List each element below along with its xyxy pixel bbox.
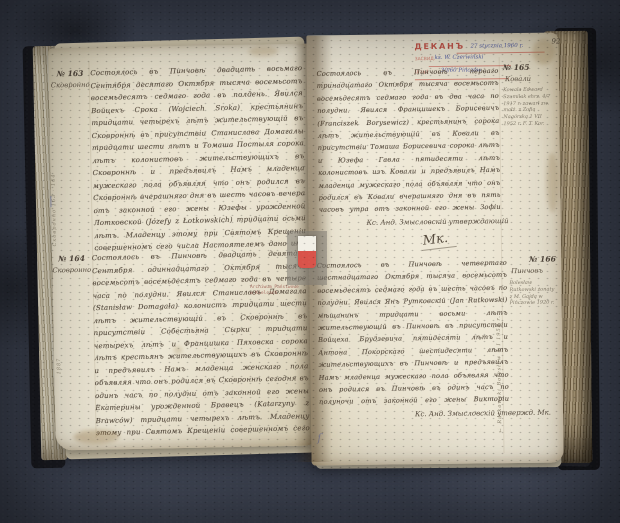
entry-number: № 164 xyxy=(58,254,85,264)
pencil-cross-reference: Bolesław Rutkowski żonaty z M. Gajdą w P… xyxy=(509,280,558,373)
flag-red-half xyxy=(298,251,316,268)
white-red-flag-icon xyxy=(298,236,316,268)
page-number: 92 xyxy=(551,37,560,45)
foxing-stain xyxy=(248,46,278,57)
flag-white-half xyxy=(298,236,316,251)
right-page: 92 ДЕКАНЪ 27 stycznia 1960 r. ЗАСВИД. ks… xyxy=(306,32,563,465)
archive-watermark xyxy=(287,231,327,285)
priest-signature: Кс. Анд. Змысловскій утверждающій xyxy=(349,217,509,227)
watermark-caption: Archiwum Państwowe w_Kielcach xyxy=(250,285,360,296)
stamp-label: ЗАСВИД. xyxy=(415,57,436,62)
entry-margin-place: Ковали xyxy=(505,75,551,84)
birth-record-text: Состоялось въ Пинчовѣ четвертаго шестнад… xyxy=(317,257,509,410)
left-page: Сковронно 163 · 164 1887 | № 163 Сковрон… xyxy=(48,44,316,451)
stamp-title: ДЕКАНЪ xyxy=(414,42,464,52)
birth-record-text: Состоялось въ Пинчовѣ двадцать восьмаго … xyxy=(90,62,306,253)
stamp-line xyxy=(457,52,545,54)
vertical-pencil-note: 1887 xyxy=(55,294,63,374)
blue-edge-mark: | xyxy=(49,194,53,207)
priest-signature: Кс. Анд. Змысловскій утвержд. Мк. xyxy=(407,409,551,419)
entry-margin-place: Пинчовъ xyxy=(511,267,557,276)
photograph-of-register-book: Сковронно 163 · 164 1887 | № 163 Сковрон… xyxy=(0,0,620,523)
stamp-name-annotation: ks. W. Czerwiński xyxy=(435,54,484,61)
birth-record-text: Состоялось въ Пинчовѣ перваго тринадцата… xyxy=(316,65,500,218)
entry-number: № 165 xyxy=(503,63,530,72)
signature-flourish: Мк. xyxy=(420,230,457,251)
blue-pencil-mark: ſ xyxy=(317,431,321,444)
entry-number: № 166 xyxy=(529,255,556,264)
entry-number: № 163 xyxy=(57,69,84,79)
stamp-date-annotation: 27 stycznia 1960 r. xyxy=(470,43,523,50)
watermark-caption-line: w_Kielcach xyxy=(250,291,360,297)
pencil-cross-reference: Kowala Edward Szumilak chrz. 4/7 1917 r.… xyxy=(503,87,557,224)
birth-record-text: Состоялось въ Пинчовѣ двадцать девятаго … xyxy=(92,247,310,442)
